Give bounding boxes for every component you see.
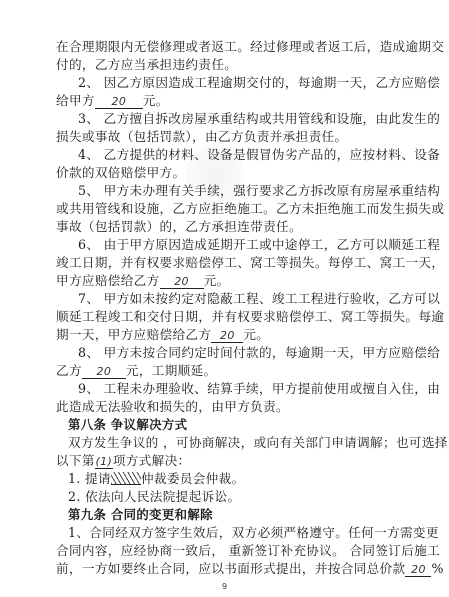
clause-4-line-2: 价款的双倍赔偿甲方。 (56, 165, 386, 181)
clause-6-line-3: 甲方应赔偿给乙方20元。 (56, 273, 386, 289)
clause-6-line-2: 竣工日期，并有权要求赔偿停工、窝工等损失。每停工、窝工一天， (56, 255, 386, 271)
clause-7-line-3: 期一天，甲方应赔偿给乙方20元。 (56, 327, 386, 343)
article-8-heading: 第八条 争议解决方式 (68, 417, 398, 433)
handwritten-option-field[interactable]: (1) (95, 455, 113, 469)
article-9-heading: 第九条 合同的变更和解除 (68, 507, 398, 523)
article-9-line-1: 1、合同经双方签字生效后，双方必须严格遵守。任何一方需变更 (68, 525, 398, 541)
handwritten-percent-field[interactable]: 20 (405, 563, 431, 577)
article-8-option-1: 1. 提请仲裁委员会仲裁。 (68, 471, 398, 487)
handwritten-amount-field[interactable]: 20 (160, 275, 204, 289)
clause-7-line-1: 7、 甲方如未按约定对隐蔽工程、竣工工程进行验收，乙方可以 (78, 291, 408, 307)
article-9-line-2: 合同内容，应经协商一致后， 重新签订补充协议。 合同签订后施工 (56, 543, 386, 559)
clause-3-line-2: 损失或事故（包括罚款），由乙方负责并承担责任。 (56, 129, 386, 145)
clause-8-line-2: 乙方20元，工期顺延。 (56, 363, 386, 379)
clause-5-line-3: 事故（包括罚款）的，乙方承担连带责任。 (56, 219, 386, 235)
handwritten-amount-field[interactable]: 20 (95, 95, 143, 109)
article-9-line-3: 前，一方如要终止合同，应以书面形式提出，并按合同总价款20% (56, 561, 386, 577)
document-page: 在合理期限内无偿修理或者返工。经过修理或者返工后，造成逾期交 付的，乙方应当承担… (0, 0, 449, 597)
handwritten-amount-field[interactable]: 20 (82, 365, 126, 379)
clause-2-line-1: 2、 因乙方原因造成工程逾期交付的，每逾期一天，乙方应赔偿 (78, 75, 408, 91)
page-number: 9 (0, 582, 449, 591)
clause-9-line-2: 此造成无法验收和损失的，由甲方负责。 (56, 399, 386, 415)
clause-4-line-1: 4、 乙方提供的材料、设备是假冒伪劣产品的，应按材料、设备 (78, 147, 408, 163)
article-8-line-2: 以下第(1)项方式解决： (56, 453, 386, 469)
clause-9-line-1: 9、 工程未办理验收、结算手续，甲方提前使用或擅自入住，由 (78, 381, 408, 397)
text-line: 付的，乙方应当承担违约责任。 (56, 57, 386, 73)
clause-8-line-1: 8、 甲方未按合同约定时间付款的，每逾期一天，甲方应赔偿给 (78, 345, 408, 361)
scribbled-out-field[interactable] (111, 472, 141, 485)
clause-5-line-1: 5、 甲方未办理有关手续，强行要求乙方拆改原有房屋承重结构 (78, 183, 408, 199)
clause-2-line-2: 给甲方20元。 (56, 93, 386, 109)
handwritten-amount-field[interactable]: 20 (211, 329, 243, 343)
clause-3-line-1: 3、 乙方擅自拆改房屋承重结构或共用管线和设施，由此发生的 (78, 111, 408, 127)
clause-6-line-1: 6、 由于甲方原因造成延期开工或中途停工，乙方可以顺延工程 (78, 237, 408, 253)
article-8-line-1: 双方发生争议的 ，可协商解决，或向有关部门申请调解；也可选择 (68, 435, 398, 451)
clause-7-line-2: 顺延工程竣工和交付日期，并有权要求赔偿停工、窝工等损失。每逾 (56, 309, 386, 325)
clause-5-line-2: 或共用管线和设施，乙方应拒绝施工。乙方未拒绝施工而发生损失或 (56, 201, 386, 217)
text-line: 在合理期限内无偿修理或者返工。经过修理或者返工后，造成逾期交 (56, 39, 386, 55)
article-8-option-2: 2. 依法向人民法院提起诉讼。 (68, 489, 398, 505)
